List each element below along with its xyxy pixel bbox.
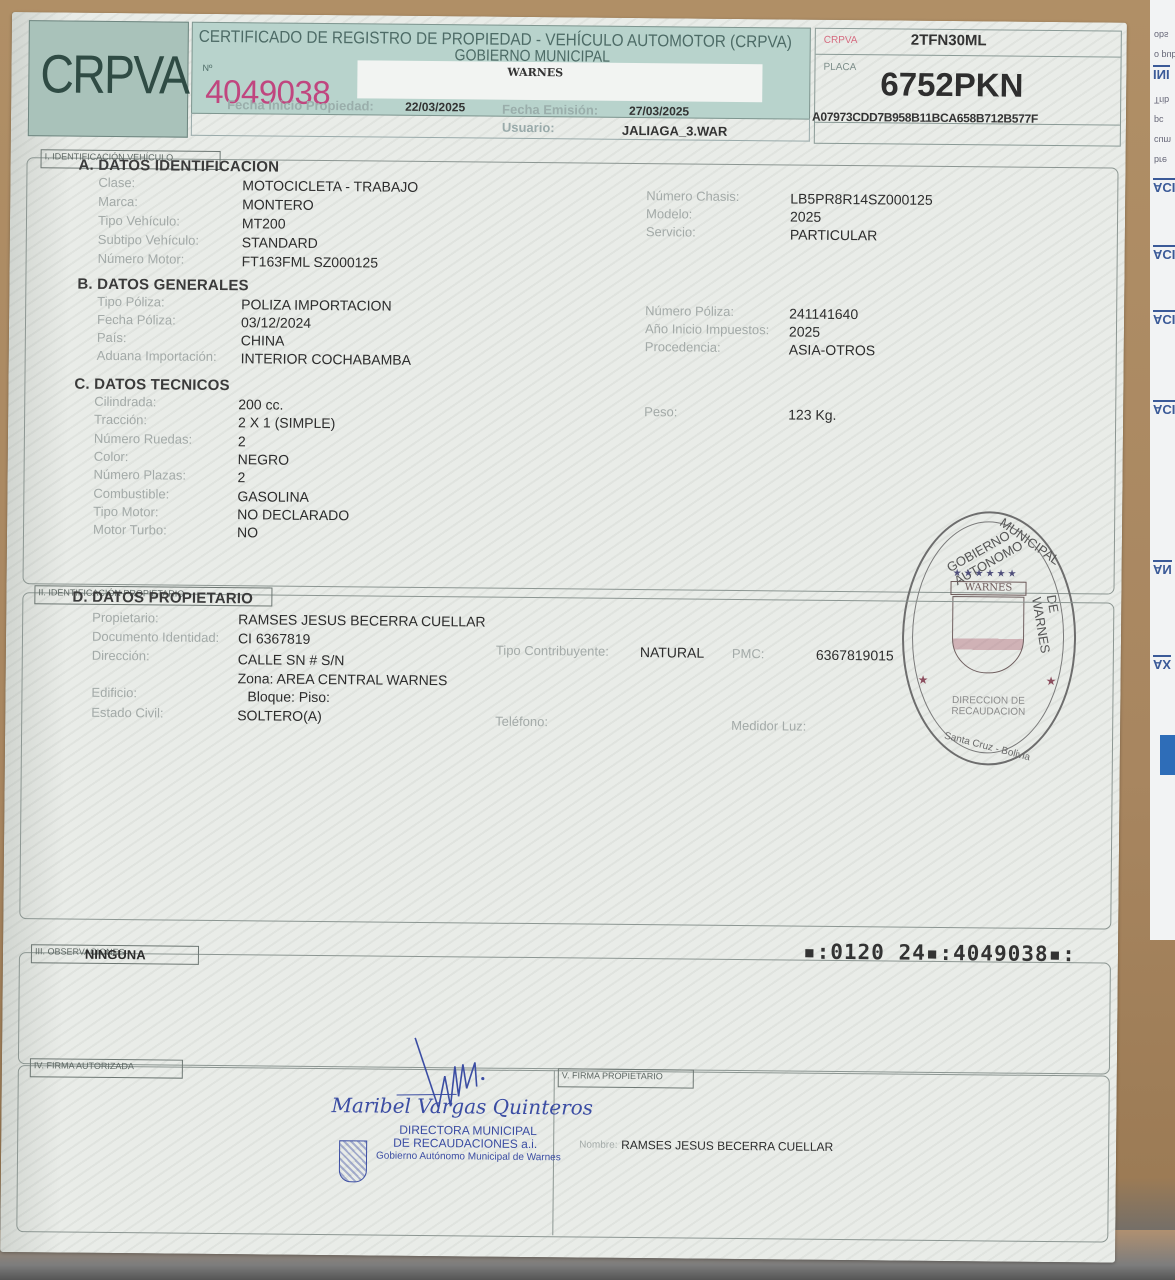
field-label: Número Motor: <box>98 251 185 267</box>
field-value: NEGRO <box>238 451 289 467</box>
field-value: 03/12/2024 <box>241 314 311 331</box>
field-label: Aduana Importación: <box>97 348 217 364</box>
usuario: JALIAGA_3.WAR <box>622 123 728 139</box>
side-heading: ACI <box>1153 400 1175 417</box>
field-label: Servicio: <box>646 224 696 239</box>
field-label: Motor Turbo: <box>93 522 167 538</box>
subsection-title: D. DATOS PROPIETARIO <box>72 589 253 608</box>
field-label: Clase: <box>98 175 135 190</box>
side-heading: ACI <box>1153 245 1175 262</box>
field-value: 2 <box>237 469 245 485</box>
field-value: 241141640 <box>789 305 858 322</box>
pmc-number: 6367819015 <box>816 647 894 664</box>
field-label: Número Ruedas: <box>94 430 192 446</box>
section-tag: V. FIRMA PROPIETARIO <box>558 1068 694 1088</box>
field-value: 2 <box>238 433 246 449</box>
field-value: 200 cc. <box>238 396 283 412</box>
side-heading: AN <box>1153 560 1172 577</box>
side-heading: ACI <box>1153 178 1175 195</box>
municipality: WARNES <box>507 66 563 80</box>
field-value: NO DECLARADO <box>237 506 349 523</box>
crpva-code: 2TFN30ML <box>911 32 987 50</box>
field-label: Peso: <box>644 404 677 419</box>
field-label: Cilindrada: <box>94 394 156 410</box>
authorized-signer-name: Maribel Vargas Quinteros <box>331 1093 593 1120</box>
crpva-certificate: CRPVA CERTIFICADO DE REGISTRO DE PROPIED… <box>0 12 1127 1263</box>
field-label: Número Póliza: <box>645 303 734 319</box>
field-value: INTERIOR COCHABAMBA <box>241 350 412 368</box>
field-label: Combustible: <box>93 485 169 501</box>
security-hash: A07973CDD7B958B11BCA658B712B577F <box>812 110 1038 126</box>
field-value: GASOLINA <box>237 488 309 505</box>
field-label: Tipo Póliza: <box>97 294 165 310</box>
field-value: 2025 <box>790 208 821 224</box>
logo-box: CRPVA <box>28 20 189 138</box>
subsection-title: A. DATOS IDENTIFICACION <box>78 157 279 176</box>
plate-number: 6752PKN <box>880 65 1023 104</box>
field-label: Marca: <box>98 194 138 209</box>
observations-value: NINGUNA <box>85 947 146 963</box>
subsection-title: C. DATOS TECNICOS <box>74 376 230 394</box>
field-value: 2025 <box>789 323 820 339</box>
taxpayer-type: NATURAL <box>640 644 704 661</box>
section-signatures <box>16 1065 1110 1242</box>
section-observations <box>18 952 1111 1074</box>
field-label: Fecha Póliza: <box>97 312 176 328</box>
field-label: País: <box>97 330 127 345</box>
field-value: NO <box>237 524 258 540</box>
owner-civil-status: SOLTERO(A) <box>237 707 322 724</box>
side-heading: AX <box>1153 655 1171 672</box>
background-document-edge: obs o pub INI Trib pc cum bre ACI ACI AC… <box>1150 0 1175 940</box>
field-label: Modelo: <box>646 206 692 221</box>
field-label: Año Inicio Impuestos: <box>645 321 769 337</box>
field-label: Tipo Motor: <box>93 504 158 520</box>
field-label: Número Chasis: <box>646 188 739 204</box>
field-label: Color: <box>94 449 129 464</box>
subsection-title: B. DATOS GENERALES <box>77 276 249 295</box>
field-label: Tracción: <box>94 412 147 428</box>
field-value: MOTOCICLETA - TRABAJO <box>242 177 418 195</box>
blue-mark <box>1160 735 1175 775</box>
field-value: 2 X 1 (SIMPLE) <box>238 414 335 431</box>
owner-signature-name: RAMSES JESUS BECERRA CUELLAR <box>621 1138 833 1154</box>
field-label: Número Plazas: <box>93 467 186 483</box>
side-heading: INI <box>1153 65 1170 82</box>
field-value: PARTICULAR <box>790 226 878 243</box>
field-label: Procedencia: <box>645 339 721 355</box>
field-value: MONTERO <box>242 196 314 213</box>
field-value: LB5PR8R14SZ000125 <box>790 190 933 207</box>
side-heading: ACI <box>1153 310 1175 327</box>
fecha-inicio: 22/03/2025 <box>405 100 465 115</box>
field-value: CHINA <box>241 332 285 348</box>
title-box: CERTIFICADO DE REGISTRO DE PROPIEDAD - V… <box>191 22 811 120</box>
field-value: ASIA-OTROS <box>789 341 876 358</box>
field-value: FT163FML SZ000125 <box>242 253 379 270</box>
field-value: MT200 <box>242 215 286 231</box>
section-tag: IV. FIRMA AUTORIZADA <box>30 1058 183 1078</box>
owner-name: RAMSES JESUS BECERRA CUELLAR <box>238 611 486 629</box>
crpva-logo: CRPVA <box>40 43 176 106</box>
owner-zone: Zona: AREA CENTRAL WARNES <box>238 670 448 688</box>
owner-document: CI 6367819 <box>238 630 311 647</box>
field-label: Tipo Vehículo: <box>98 213 180 229</box>
coat-of-arms-icon <box>339 1140 367 1182</box>
field-value: STANDARD <box>242 234 318 251</box>
field-value: 123 Kg. <box>788 406 836 422</box>
field-value: POLIZA IMPORTACION <box>241 296 392 313</box>
plate-box: CRPVA 2TFN30ML PLACA 6752PKN A07973CDD7B… <box>814 28 1122 147</box>
field-label: Subtipo Vehículo: <box>98 232 199 248</box>
owner-address: CALLE SN # S/N <box>238 651 345 668</box>
